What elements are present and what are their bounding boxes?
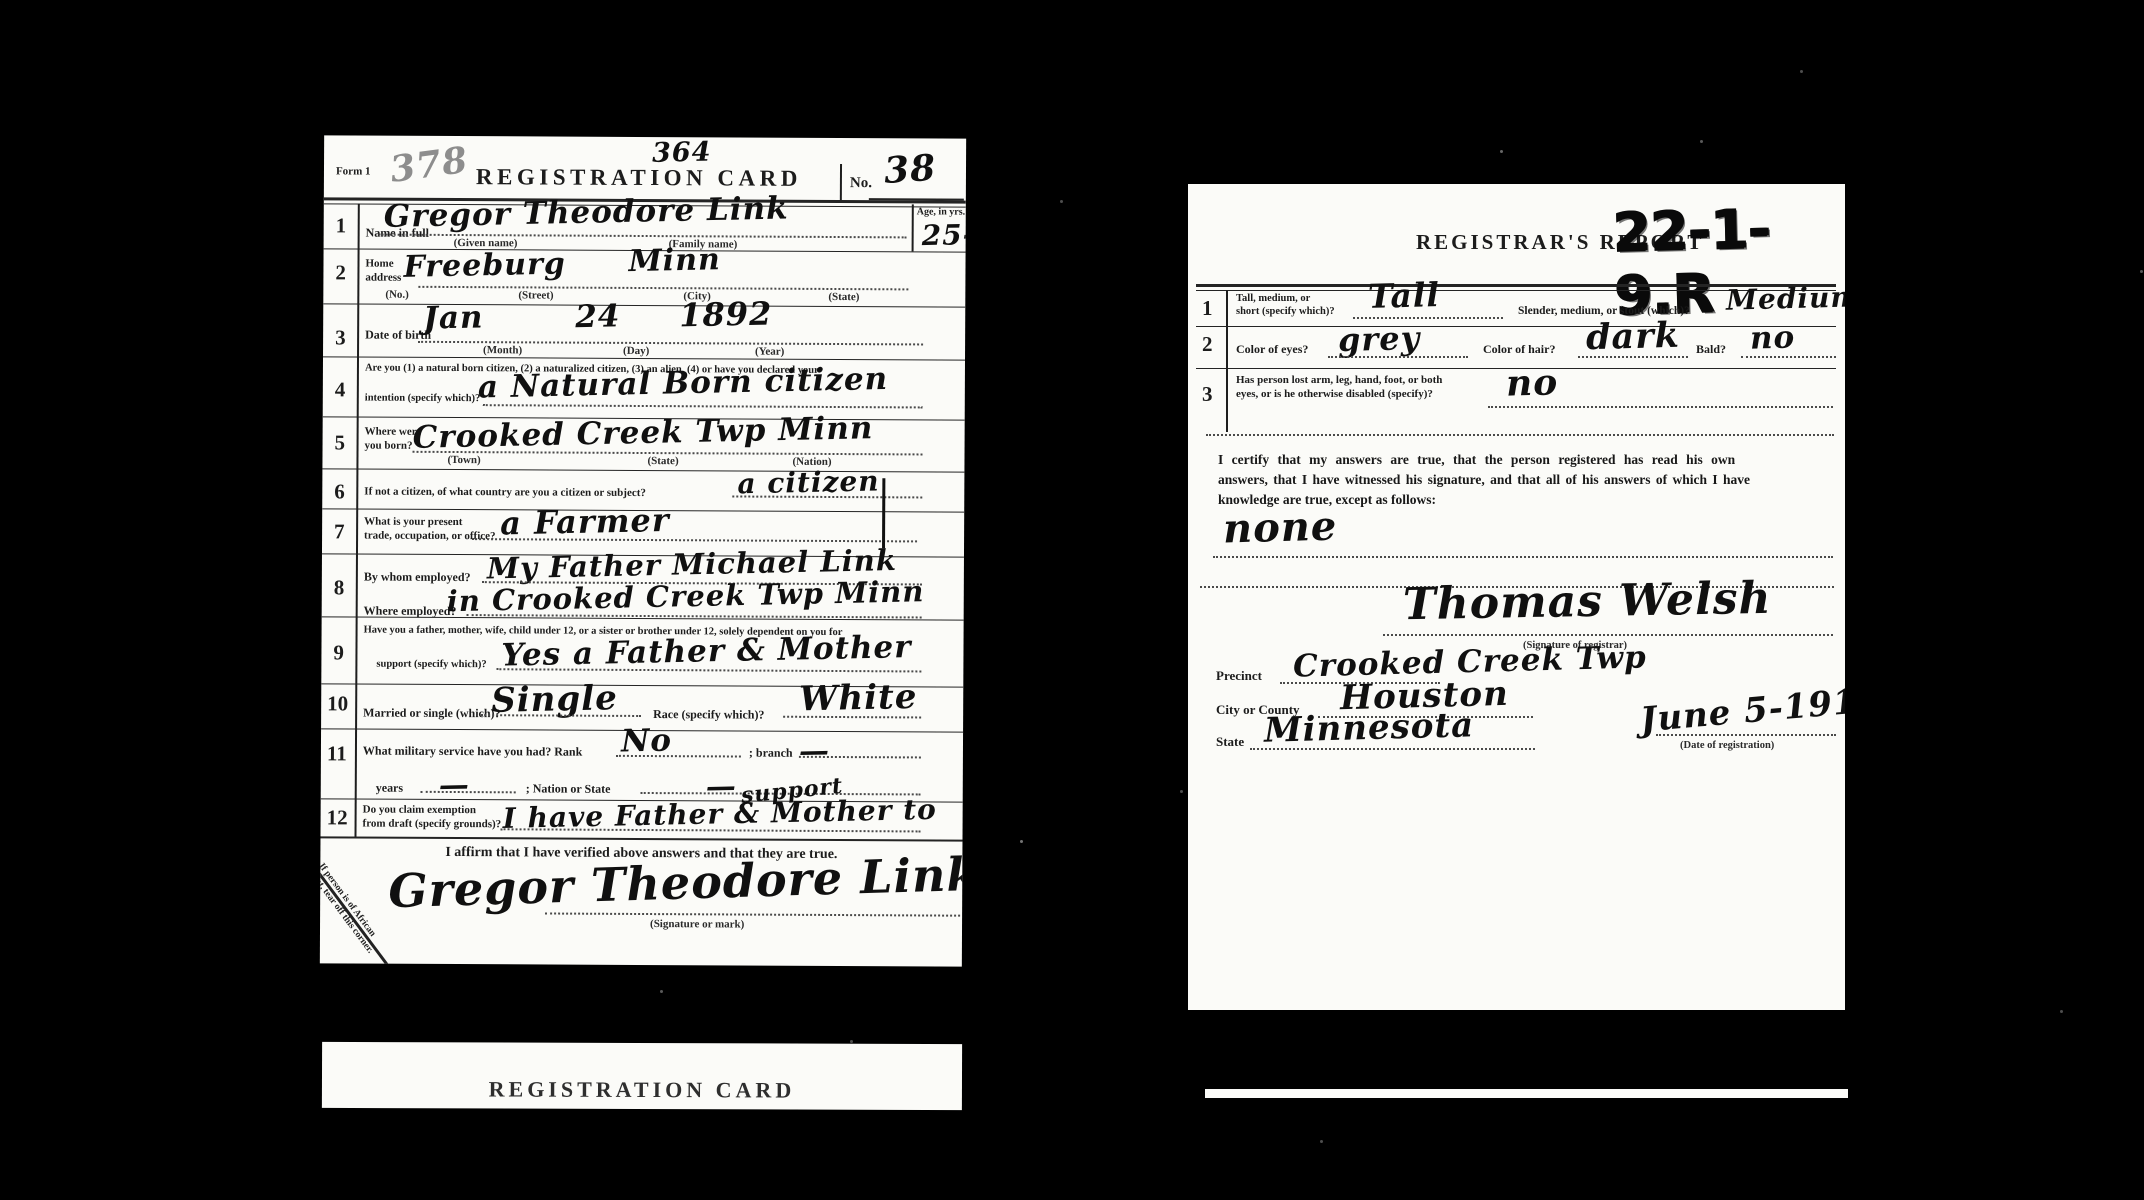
certification-line-1: I certify that my answers are true, that… [1218,452,1735,468]
dotted-line [1213,556,1833,558]
line-number-3: 3 [335,325,346,350]
born-state-caption: (State) [647,455,678,467]
state-caption: (State) [828,291,859,303]
dotted-line [1741,356,1836,358]
dob-month: Jan [423,299,484,336]
line-number-11: 11 [327,741,347,766]
serial-number-handwritten: 364 [652,137,712,169]
row-separator [323,303,965,307]
hair-label: Color of hair? [1483,342,1555,357]
day-caption: (Day) [623,345,649,357]
corner-note: If person is of African descent, tear of… [320,849,387,958]
dob-year: 1892 [679,294,773,334]
name-value: Gregor Theodore Link [383,190,788,234]
dotted-line [472,538,917,542]
line-number-10: 10 [327,691,348,716]
age-box-divider [912,204,914,251]
row-separator [320,836,962,841]
state-value: Minnesota [1264,705,1475,750]
no-caption: (No.) [385,289,409,301]
trade-label-2: trade, occupation, or office? [364,530,496,544]
eyes-value: grey [1338,319,1421,359]
employed-by-label: By whom employed? [364,570,471,586]
card-title: REGISTRATION CARD [476,164,802,192]
home-address-label-1: Home [365,258,393,272]
exemption-label-1: Do you claim exemption [363,804,476,818]
exception-value: none [1222,503,1337,553]
signature-caption: (Signature or mark) [650,918,744,930]
citizen-country-label: If not a citizen, of what country are yo… [364,486,646,501]
report-line-1: 1 [1202,296,1213,321]
gutter-line [354,204,359,839]
bald-value: no [1750,319,1796,356]
no-value-handwritten: 38 [883,147,938,192]
disabled-value: no [1505,361,1558,404]
line-number-7: 7 [334,519,345,544]
dob-day: 24 [575,298,621,335]
branch-label: ; branch [749,746,793,761]
dependent-label-2: support (specify which)? [376,658,486,672]
dotted-line [545,912,960,916]
town-caption: (Town) [447,454,480,466]
scan-background: Form 1 378 364 REGISTRATION CARD No. 38 … [0,0,2144,1200]
dotted-line [1353,317,1503,319]
precinct-label: Precinct [1216,668,1262,684]
branch-value: — [799,734,831,770]
registrars-report-card: REGISTRAR'S REPORT 22-1-9.R 1 2 3 Tall, … [1188,184,1845,1010]
citizen-label-2: intention (specify which)? [365,392,481,406]
dotted-line [483,404,923,408]
height-label-2: short (specify which)? [1236,305,1335,318]
age-label: Age, in yrs. [917,206,965,219]
dotted-line [1328,356,1468,358]
dotted-line [1383,634,1833,636]
exemption-label-2: from draft (specify grounds)? [363,818,502,832]
no-label: No. [850,174,872,193]
bald-label: Bald? [1696,342,1726,357]
next-card-top-edge: REGISTRATION CARD [322,1042,962,1110]
line-number-12: 12 [327,805,348,830]
dotted-line [418,286,908,291]
age-value: 25- [921,218,966,252]
dotted-line [1206,434,1834,436]
disabled-label-2: eyes, or is he otherwise disabled (speci… [1236,388,1433,402]
nation-state-label: ; Nation or State [526,781,611,796]
disabled-label-1: Has person lost arm, leg, hand, foot, or… [1236,374,1442,388]
eyes-label: Color of eyes? [1236,342,1308,357]
report-line-2: 2 [1202,332,1213,357]
line-number-4: 4 [335,377,346,402]
trade-value: a Farmer [500,501,670,543]
year-caption: (Year) [755,346,784,358]
gutter-line [1226,290,1228,432]
line-number-9: 9 [333,640,344,665]
citizen-value: a Natural Born citizen [478,361,889,406]
line-number-2: 2 [335,260,346,285]
race-label: Race (specify which)? [653,707,764,723]
years-label: years [376,781,403,796]
next-report-card-edge [1205,1089,1848,1098]
race-value: White [799,677,918,719]
born-label-2: you born? [365,440,413,454]
registration-date-value: June 5-1917 [1639,680,1845,741]
line-number-6: 6 [334,479,345,504]
dependent-value: Yes a Father & Mother [501,629,912,674]
dotted-line [1578,356,1688,358]
dotted-line [421,791,516,793]
trade-label-1: What is your present [364,516,462,530]
state-label: State [1216,734,1244,750]
height-value: Tall [1368,275,1441,316]
military-label: What military service have you had? Rank [363,744,582,760]
line-number-5: 5 [334,430,345,455]
report-line-3: 3 [1202,382,1213,407]
next-card-title: REGISTRATION CARD [322,1076,962,1104]
certification-line-2: answers, that I have witnessed his signa… [1218,472,1750,488]
street-caption: (Street) [518,289,553,301]
dotted-line [1656,734,1836,736]
married-label: Married or single (which)? [363,706,501,722]
line-number-1: 1 [336,213,347,238]
dotted-line [1488,406,1833,408]
line-number-8: 8 [334,575,345,600]
registrar-signature: Thomas Welsh [1403,573,1772,630]
scan-noise [1500,150,1503,153]
home-address-town: Freeburg [403,246,566,284]
hair-value: dark [1585,315,1680,358]
years-value: — [438,768,470,804]
employed-where-label: Where employed? [364,604,457,619]
registration-card-front: Form 1 378 364 REGISTRATION CARD No. 38 … [320,135,966,966]
header-divider-bar [840,164,842,202]
pen-stroke [882,478,885,548]
dotted-line [1250,748,1535,750]
registration-date-caption: (Date of registration) [1680,740,1774,751]
penciled-number: 378 [388,139,471,191]
home-address-state: Minn [628,242,721,279]
height-label-1: Tall, medium, or [1236,292,1310,305]
form-number-label: Form 1 [336,165,371,179]
month-caption: (Month) [483,344,522,356]
home-address-label-2: address [365,272,401,286]
build-value: Medium [1726,280,1845,317]
row-separator [1196,326,1836,327]
